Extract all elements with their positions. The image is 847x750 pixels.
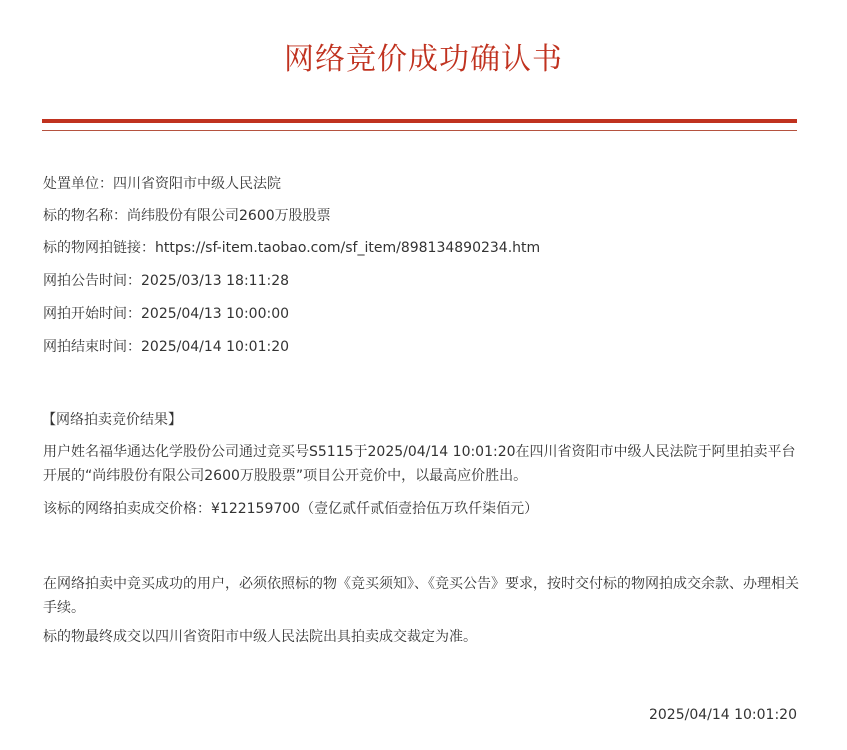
price-value: ¥122159700（壹亿贰仟贰佰壹拾伍万玖仟柒佰元） bbox=[211, 501, 538, 517]
info-value: 2025/04/13 10:00:00 bbox=[141, 306, 289, 322]
info-item-link: 标的物网拍链接：https://sf-item.taobao.com/sf_it… bbox=[43, 238, 540, 258]
info-value: 2025/04/14 10:01:20 bbox=[141, 339, 289, 355]
info-disposal-unit: 处置单位：四川省资阳市中级人民法院 bbox=[43, 174, 281, 194]
price-label: 该标的网络拍卖成交价格： bbox=[43, 501, 211, 517]
info-start-time: 网拍开始时间：2025/04/13 10:00:00 bbox=[43, 304, 289, 324]
info-end-time: 网拍结束时间：2025/04/14 10:01:20 bbox=[43, 337, 289, 357]
result-heading: 【网络拍卖竞价结果】 bbox=[42, 410, 182, 430]
note-payment: 在网络拍卖中竞买成功的用户，必须依照标的物《竞买须知》、《竞买公告》要求，按时交… bbox=[43, 572, 803, 620]
info-announce-time: 网拍公告时间：2025/03/13 18:11:28 bbox=[43, 271, 289, 291]
info-label: 网拍公告时间： bbox=[43, 273, 141, 289]
item-link[interactable]: https://sf-item.taobao.com/sf_item/89813… bbox=[155, 240, 540, 256]
info-label: 标的物网拍链接： bbox=[43, 240, 155, 256]
title-divider-thick bbox=[42, 119, 797, 123]
final-price: 该标的网络拍卖成交价格：¥122159700（壹亿贰仟贰佰壹拾伍万玖仟柒佰元） bbox=[43, 499, 538, 519]
info-value: 四川省资阳市中级人民法院 bbox=[113, 176, 281, 192]
footer-timestamp: 2025/04/14 10:01:20 bbox=[649, 705, 797, 725]
info-label: 网拍结束时间： bbox=[43, 339, 141, 355]
note-ruling: 标的物最终成交以四川省资阳市中级人民法院出具拍卖成交裁定为准。 bbox=[43, 625, 803, 649]
info-value: 尚纬股份有限公司2600万股股票 bbox=[127, 208, 331, 224]
title-divider-thin bbox=[42, 130, 797, 131]
document-title: 网络竞价成功确认书 bbox=[0, 38, 847, 82]
info-item-name: 标的物名称：尚纬股份有限公司2600万股股票 bbox=[43, 206, 331, 226]
info-label: 网拍开始时间： bbox=[43, 306, 141, 322]
info-label: 标的物名称： bbox=[43, 208, 127, 224]
info-value: 2025/03/13 18:11:28 bbox=[141, 273, 289, 289]
info-label: 处置单位： bbox=[43, 176, 113, 192]
result-paragraph: 用户姓名福华通达化学股份公司通过竞买号S5115于2025/04/14 10:0… bbox=[43, 440, 803, 488]
